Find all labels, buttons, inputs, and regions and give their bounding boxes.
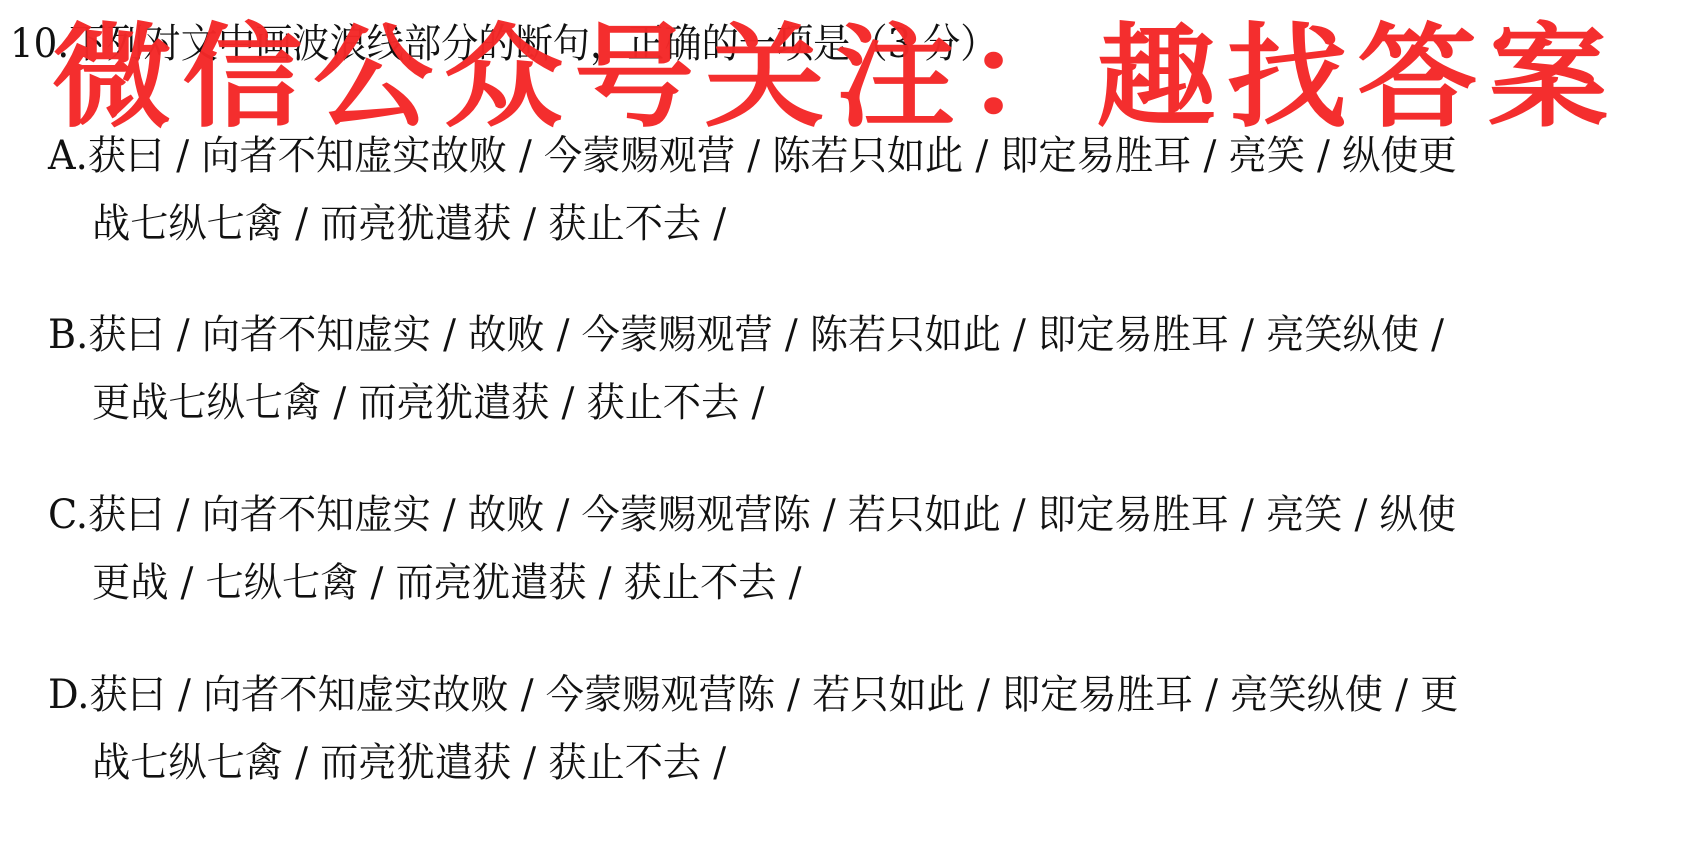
option-a-text-line1: 获曰 / 向者不知虚实故败 / 今蒙赐观营 / 陈若只如此 / 即定易胜耳 / …: [88, 133, 1457, 179]
option-a: A.获曰 / 向者不知虚实故败 / 今蒙赐观营 / 陈若只如此 / 即定易胜耳 …: [48, 132, 1457, 180]
option-d-text-line1: 获曰 / 向者不知虚实故败 / 今蒙赐观营陈 / 若只如此 / 即定易胜耳 / …: [89, 672, 1458, 718]
option-b-text-line1: 获曰 / 向者不知虚实 / 故败 / 今蒙赐观营 / 陈若只如此 / 即定易胜耳…: [88, 312, 1444, 358]
option-a-text-line2: 战七纵七禽 / 而亮犹遣获 / 获止不去 /: [92, 201, 726, 247]
option-d-continuation: 战七纵七禽 / 而亮犹遣获 / 获止不去 /: [92, 739, 726, 787]
option-a-continuation: 战七纵七禽 / 而亮犹遣获 / 获止不去 /: [92, 200, 726, 248]
question-prompt: 下列对文中画波浪线部分的断句，正确的一项是（3 分）: [69, 21, 997, 67]
question-number: 10.: [10, 21, 69, 67]
option-c-text-line2: 更战 / 七纵七禽 / 而亮犹遣获 / 获止不去 /: [92, 560, 801, 606]
question-prompt-line: 10.下列对文中画波浪线部分的断句，正确的一项是（3 分）: [10, 20, 997, 68]
option-c-continuation: 更战 / 七纵七禽 / 而亮犹遣获 / 获止不去 /: [92, 559, 801, 607]
option-c-text-line1: 获曰 / 向者不知虚实 / 故败 / 今蒙赐观营陈 / 若只如此 / 即定易胜耳…: [88, 492, 1456, 538]
option-d-text-line2: 战七纵七禽 / 而亮犹遣获 / 获止不去 /: [92, 740, 726, 786]
option-b: B.获曰 / 向者不知虚实 / 故败 / 今蒙赐观营 / 陈若只如此 / 即定易…: [48, 311, 1444, 359]
option-d-label: D.: [48, 672, 89, 718]
option-b-continuation: 更战七纵七禽 / 而亮犹遣获 / 获止不去 /: [92, 379, 764, 427]
option-d: D.获曰 / 向者不知虚实故败 / 今蒙赐观营陈 / 若只如此 / 即定易胜耳 …: [48, 671, 1458, 719]
option-b-label: B.: [48, 312, 88, 358]
option-b-text-line2: 更战七纵七禽 / 而亮犹遣获 / 获止不去 /: [92, 380, 764, 426]
option-c-label: C.: [48, 492, 88, 538]
option-a-label: A.: [48, 133, 88, 179]
option-c: C.获曰 / 向者不知虚实 / 故败 / 今蒙赐观营陈 / 若只如此 / 即定易…: [48, 491, 1456, 539]
